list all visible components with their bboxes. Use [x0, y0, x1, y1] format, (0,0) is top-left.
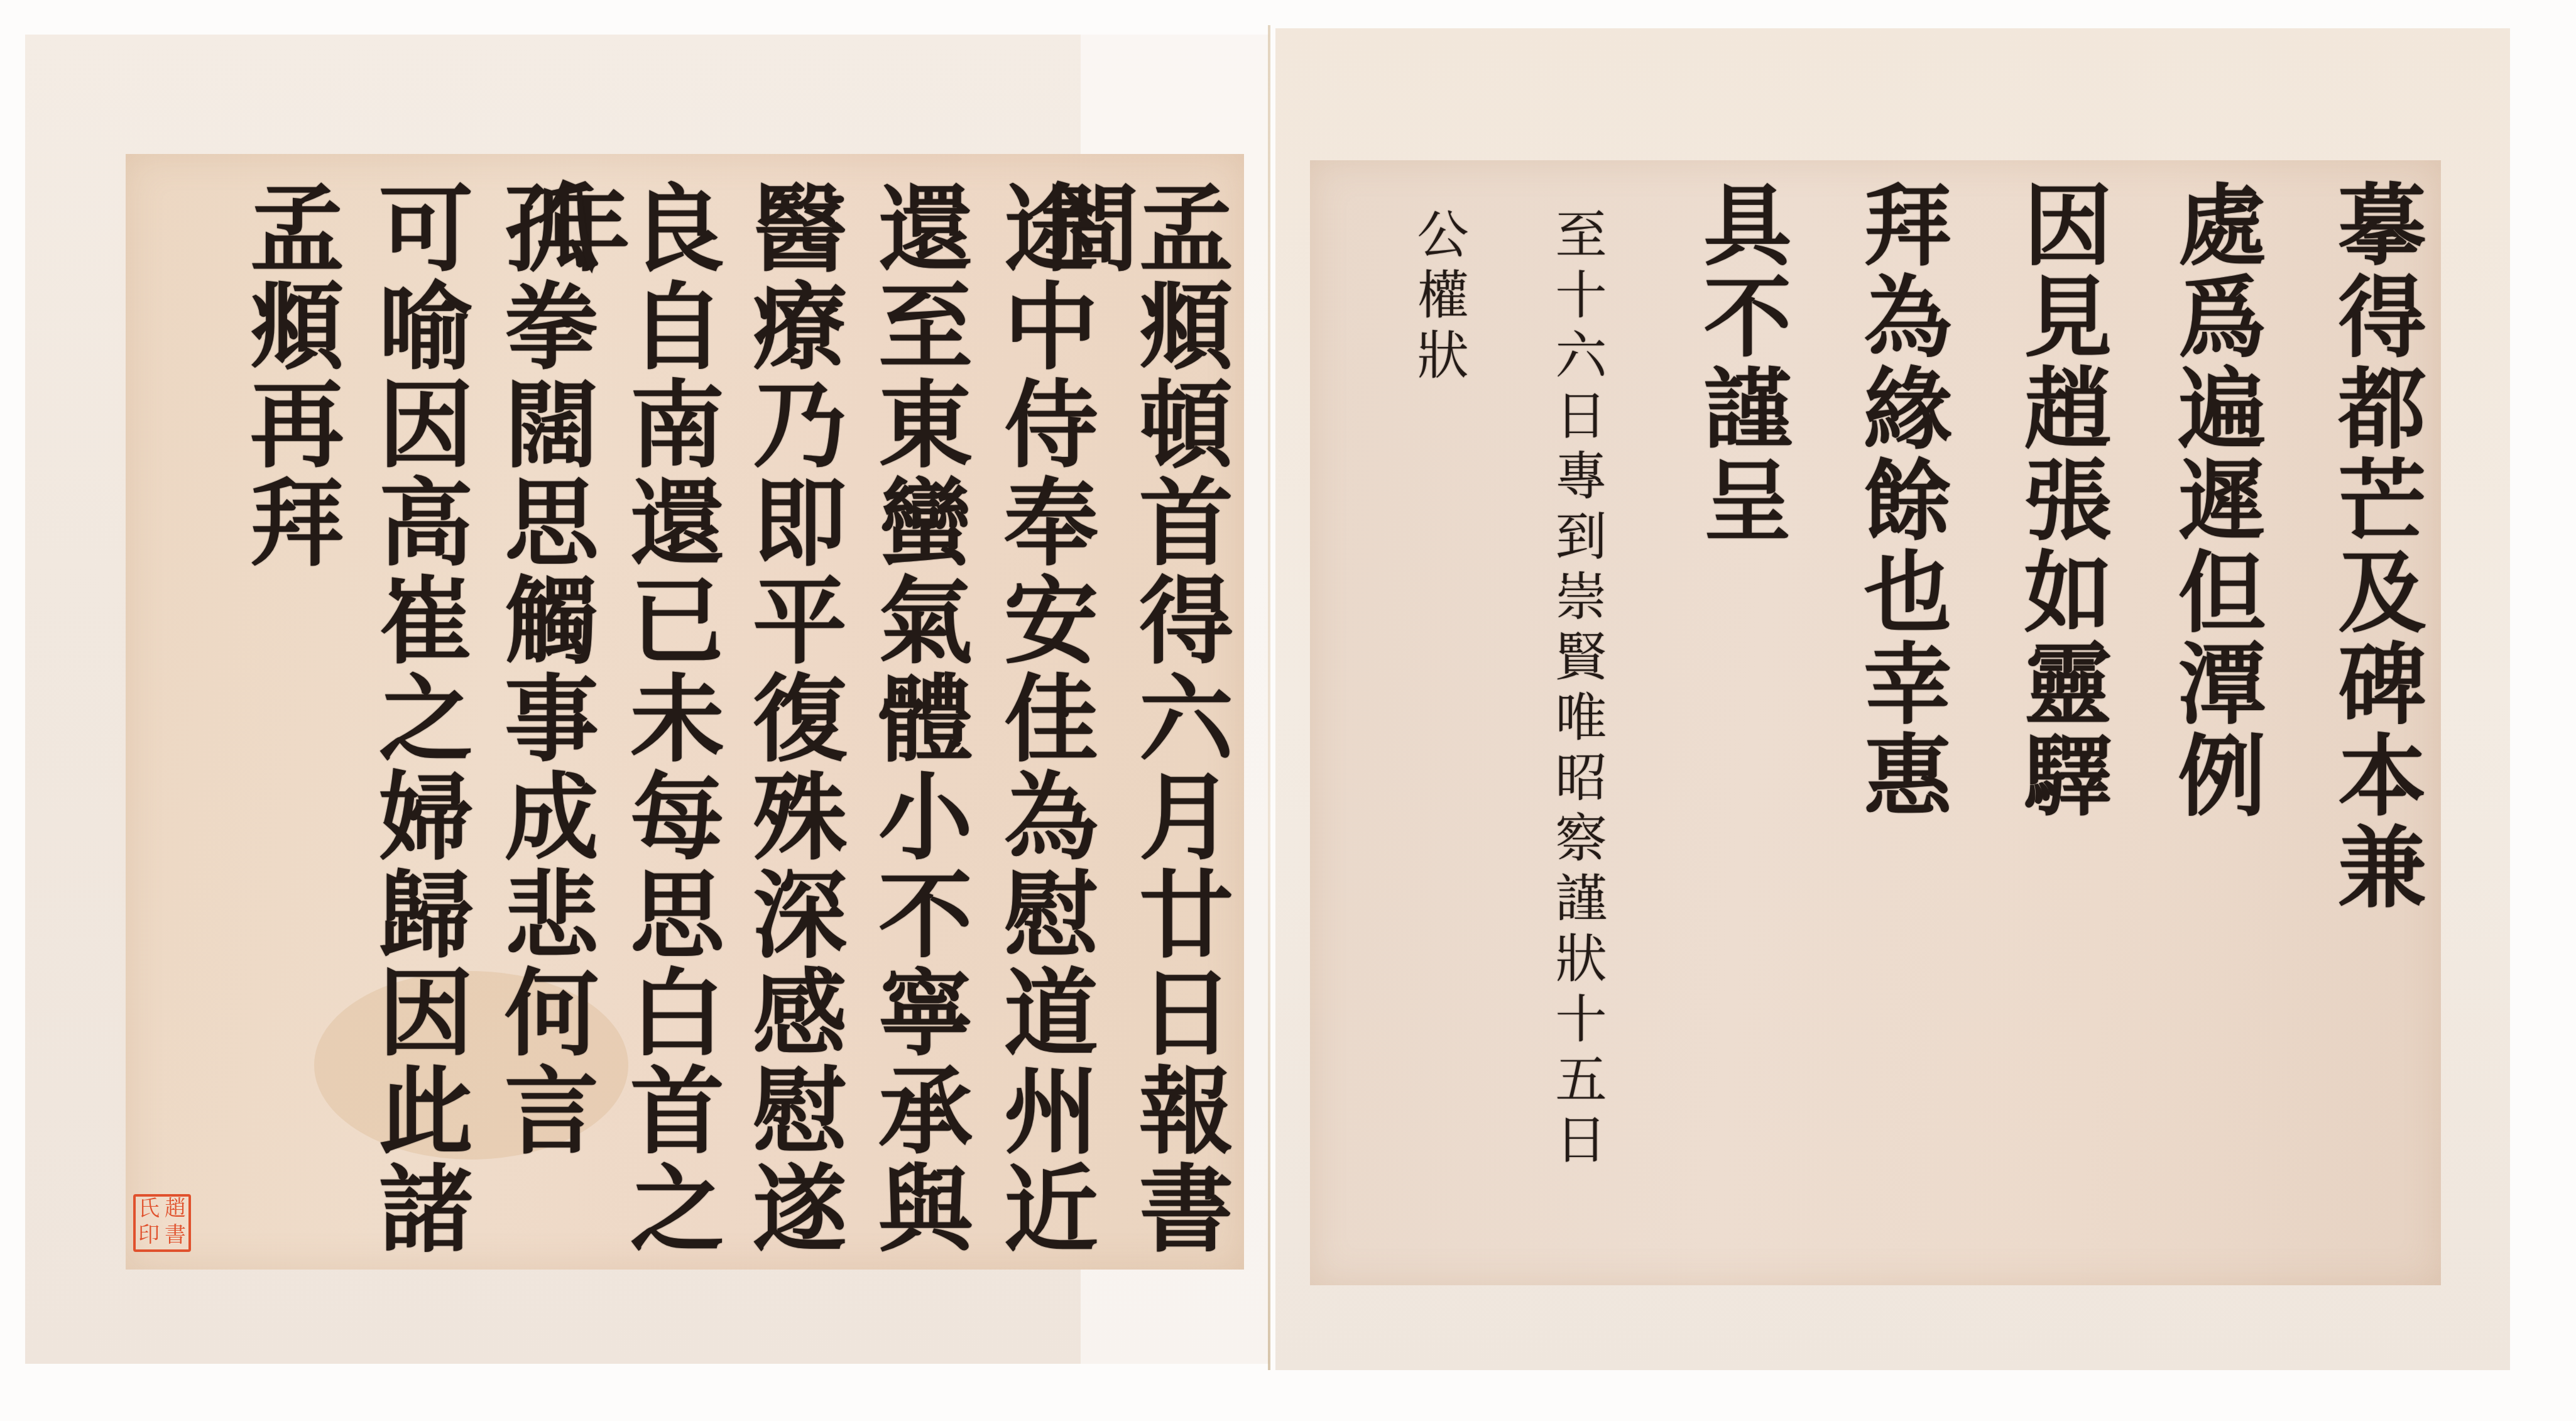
- date-column: 至十六日專到崇賢唯昭察謹狀十五日: [1551, 207, 1602, 1173]
- center-fold: [1268, 25, 1270, 1370]
- seal-char: 印: [136, 1223, 162, 1249]
- seal-char: 氏: [136, 1197, 162, 1223]
- text-column-r1: 摹得都芒及碑本兼: [2331, 179, 2419, 913]
- addressee-column: 公權狀: [1412, 207, 1464, 388]
- text-column-6: 孤拳闊思觸事成悲何言: [496, 179, 591, 1160]
- right-letter-leaf: 摹得都芒及碑本兼 處爲遍遲但潭例 因見趙張如靈驛 拜為緣餘也幸惠 具不謹呈 至十…: [1310, 160, 2441, 1285]
- text-column-4: 醫療乃即平復殊深感慰遂: [745, 179, 839, 1258]
- signature-column: 孟頫再拜: [242, 179, 336, 571]
- collector-seal: 氏 趙 印 書: [133, 1194, 191, 1252]
- text-column-r4: 拜為緣餘也幸惠: [1857, 179, 1945, 821]
- text-column-r3: 因見趙張如靈驛: [2017, 179, 2105, 821]
- text-column-7: 可喻因高崔之婦歸因此諸: [371, 179, 465, 1258]
- text-column-r2: 處爲遍遲但潭例: [2171, 179, 2259, 821]
- text-column-r5: 具不謹呈: [1696, 179, 1784, 546]
- text-column-3: 還至東蠻氣體小不寧承與: [870, 179, 964, 1258]
- text-column-2: 途中侍奉安佳為慰道州近: [996, 179, 1090, 1258]
- seal-char: 書: [162, 1223, 188, 1249]
- left-letter-leaf: 孟頫頓首得六月廿日報書間 途中侍奉安佳為慰道州近 還至東蠻氣體小不寧承與 醫療乃…: [126, 154, 1244, 1270]
- seal-char: 趙: [162, 1197, 188, 1223]
